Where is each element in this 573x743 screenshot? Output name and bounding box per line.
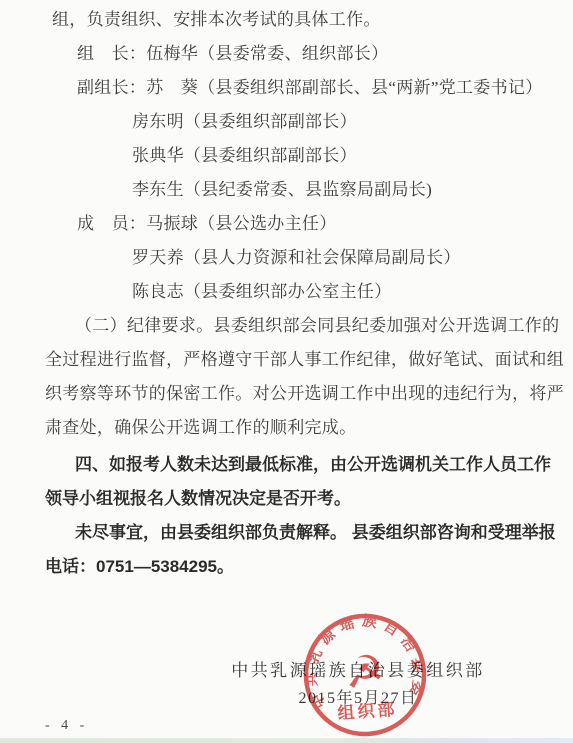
member-name-line: 罗天养（县人力资源和社会保障局副局长） [45,241,543,275]
document-page: 组，负责组织、安排本次考试的具体工作。 组 长：伍梅华（县委常委、组织部长） 副… [0,0,573,743]
members-line: 成 员：马振球（县公选办主任） [45,207,543,241]
leader-line: 组 长：伍梅华（县委常委、组织部长） [45,37,543,71]
scan-edge-strip [0,738,573,743]
official-seal: 中共乳源瑶族自治县委 ☭ 组织部 [297,607,434,743]
document-body: 组，负责组织、安排本次考试的具体工作。 组 长：伍梅华（县委常委、组织部长） 副… [45,3,543,584]
discipline-paragraph-line: 全过程进行监督，严格遵守干部人事工作纪律，做好笔试、面试和组 [45,343,543,377]
deputy-leader-line: 副组长：苏 葵（县委组织部副部长、县“两新”党工委书记） [45,71,543,105]
member-name-line: 李东生（县纪委常委、县监察局副局长) [45,173,543,207]
seal-bottom-text: 组织部 [337,699,398,723]
minimum-applicants-line: 四、如报考人数未达到最低标准，由公开选调机关工作人员工作 [45,448,543,482]
member-name-line: 陈良志（县委组织部办公室主任） [45,275,543,309]
body-line: 组，负责组织、安排本次考试的具体工作。 [45,3,543,37]
member-name-line: 房东明（县委组织部副部长） [45,105,543,139]
hammer-sickle-icon: ☭ [343,646,386,700]
minimum-applicants-line: 领导小组视报名人数情况决定是否开考。 [45,482,543,516]
discipline-paragraph-line: 织考察等环节的保密工作。对公开选调工作中出现的违纪行为，将严 [45,377,543,411]
page-number: - 4 - [45,718,88,734]
member-name-line: 张典华（县委组织部副部长） [45,139,543,173]
contact-phone-line: 电话：0751—5384295。 [45,550,543,584]
discipline-paragraph-line: （二）纪律要求。县委组织部会同县纪委加强对公开选调工作的 [45,309,543,343]
discipline-paragraph-line: 肃查处，确保公开选调工作的顺利完成。 [45,411,543,445]
contact-info-line: 未尽事宜，由县委组织部负责解释。 县委组织部咨询和受理举报 [45,516,543,550]
